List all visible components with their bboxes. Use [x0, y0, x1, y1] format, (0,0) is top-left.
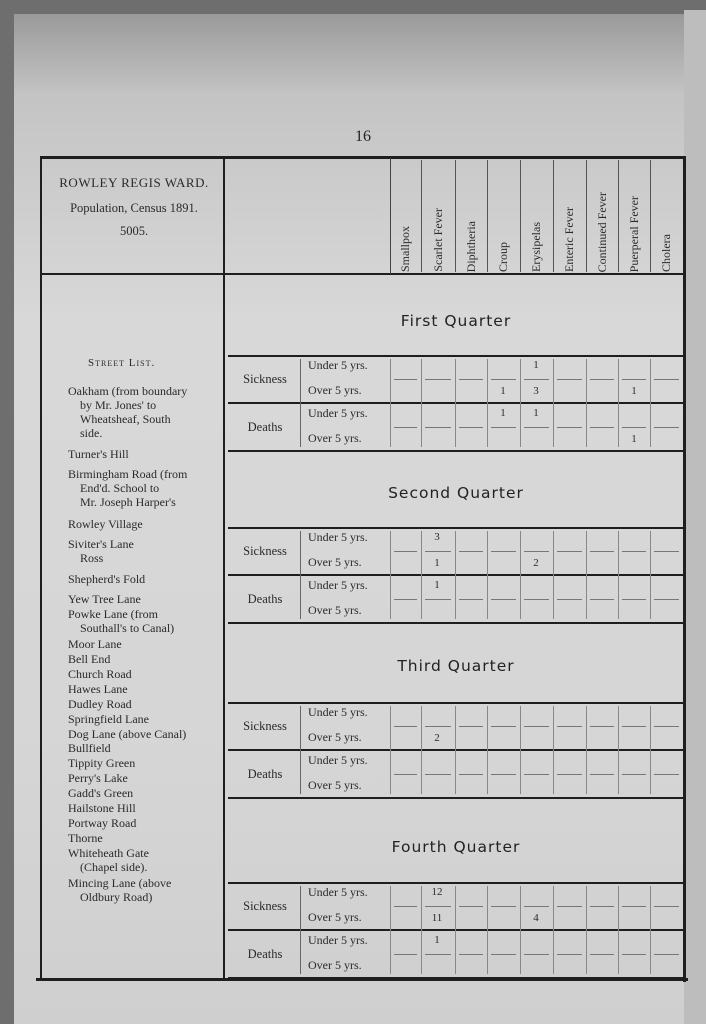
empty-dash — [394, 551, 417, 552]
empty-dash — [590, 954, 614, 955]
street-name: Gadd's Green — [68, 786, 133, 800]
empty-dash — [590, 379, 614, 380]
empty-dash — [654, 954, 679, 955]
empty-dash — [524, 427, 549, 428]
street-item: Whiteheath Gate(Chapel side). — [68, 846, 226, 874]
cell-sickness-over5: 1 — [422, 557, 452, 569]
empty-dash — [491, 427, 516, 428]
table-divider — [586, 706, 587, 794]
column-header-smallpox: Smallpox — [390, 160, 421, 272]
table-divider — [650, 359, 651, 447]
sickness-label: Sickness — [230, 544, 300, 559]
quarter-bottom-rule — [228, 977, 684, 979]
street-name: Dog Lane (above Canal) — [68, 727, 186, 741]
empty-dash — [394, 906, 417, 907]
empty-dash — [459, 954, 483, 955]
empty-dash — [622, 551, 646, 552]
empty-dash — [491, 906, 516, 907]
empty-dash — [557, 774, 582, 775]
sickness-deaths-rule — [228, 574, 684, 576]
empty-dash — [590, 774, 614, 775]
over-5-label: Over 5 yrs. — [308, 910, 362, 925]
table-divider — [300, 531, 301, 619]
table-divider — [618, 886, 619, 974]
empty-dash — [622, 427, 646, 428]
table-divider — [421, 359, 422, 447]
street-item: Yew Tree Lane — [68, 592, 226, 606]
empty-dash — [491, 379, 516, 380]
table-divider — [455, 359, 456, 447]
under-5-label: Under 5 yrs. — [308, 406, 368, 421]
quarter-top-rule — [228, 355, 684, 357]
quarter-top-rule — [228, 882, 684, 884]
column-header-label: Enteric Fever — [562, 201, 577, 272]
ward-title: ROWLEY REGIS WARD. — [44, 176, 224, 189]
ward-header: ROWLEY REGIS WARD. Population, Census 18… — [44, 160, 224, 275]
column-header-label: Scarlet Fever — [431, 202, 446, 272]
table-divider — [421, 706, 422, 794]
column-header-label: Puerperal Fever — [627, 190, 642, 272]
empty-dash — [622, 599, 646, 600]
street-name-continuation: Southall's to Canal) — [68, 621, 226, 635]
column-header-divider — [455, 160, 456, 272]
table-divider — [421, 531, 422, 619]
empty-dash — [622, 726, 646, 727]
empty-dash — [524, 954, 549, 955]
column-header-label: Cholera — [659, 228, 674, 272]
empty-dash — [394, 599, 417, 600]
street-name-continuation: Mr. Joseph Harper's — [68, 495, 226, 509]
street-name: Springfield Lane — [68, 712, 149, 726]
empty-dash — [459, 551, 483, 552]
cell-sickness-over5: 2 — [422, 732, 452, 744]
street-item: Mincing Lane (aboveOldbury Road) — [68, 876, 226, 904]
cell-deaths-over5: 1 — [619, 433, 649, 445]
quarter-bottom-rule — [228, 622, 684, 624]
street-item: Turner's Hill — [68, 447, 226, 461]
empty-dash — [524, 774, 549, 775]
under-5-label: Under 5 yrs. — [308, 885, 368, 900]
empty-dash — [491, 599, 516, 600]
empty-dash — [524, 551, 549, 552]
street-list-title: Street List. — [88, 357, 155, 369]
left-border — [40, 156, 42, 980]
cell-sickness-under5: 1 — [521, 359, 551, 371]
cell-sickness-over5: 3 — [521, 385, 551, 397]
empty-dash — [425, 906, 451, 907]
street-item: Siviter's LaneRoss — [68, 537, 226, 565]
table-divider — [520, 359, 521, 447]
over-5-label: Over 5 yrs. — [308, 958, 362, 973]
empty-dash — [425, 599, 451, 600]
under-5-label: Under 5 yrs. — [308, 933, 368, 948]
empty-dash — [459, 599, 483, 600]
empty-dash — [425, 726, 451, 727]
street-item: Rowley Village — [68, 517, 226, 531]
table-divider — [300, 886, 301, 974]
empty-dash — [459, 906, 483, 907]
street-item: Dudley Road — [68, 697, 226, 711]
table-divider — [390, 706, 391, 794]
table-divider — [390, 531, 391, 619]
empty-dash — [590, 551, 614, 552]
table-divider — [586, 359, 587, 447]
street-name: Shepherd's Fold — [68, 572, 145, 586]
street-name: Portway Road — [68, 816, 136, 830]
street-item: Tippity Green — [68, 756, 226, 770]
cell-sickness-over5: 2 — [521, 557, 551, 569]
street-name-continuation: Ross — [68, 551, 226, 565]
street-item: Thorne — [68, 831, 226, 845]
street-name: Church Road — [68, 667, 132, 681]
street-name: Thorne — [68, 831, 103, 845]
column-header-divider — [487, 160, 488, 272]
street-name: Yew Tree Lane — [68, 592, 141, 606]
empty-dash — [524, 726, 549, 727]
empty-dash — [459, 379, 483, 380]
empty-dash — [425, 427, 451, 428]
empty-dash — [459, 726, 483, 727]
table-divider — [390, 886, 391, 974]
empty-dash — [654, 774, 679, 775]
population-value: 5005. — [44, 224, 224, 239]
empty-dash — [394, 954, 417, 955]
table-divider — [650, 706, 651, 794]
street-item: Bullfield — [68, 741, 226, 755]
street-name: Tippity Green — [68, 756, 135, 770]
column-header-puerperal-fever: Puerperal Fever — [618, 160, 650, 272]
column-header-label: Diphtheria — [464, 215, 479, 272]
quarter-bottom-rule — [228, 797, 684, 799]
column-header-cholera: Cholera — [650, 160, 683, 272]
street-name: Whiteheath Gate — [68, 846, 149, 860]
empty-dash — [557, 551, 582, 552]
empty-dash — [654, 906, 679, 907]
street-item: Birmingham Road (fromEnd'd. School toMr.… — [68, 467, 226, 509]
column-header-label: Smallpox — [398, 220, 413, 272]
column-header-divider — [421, 160, 422, 272]
cell-sickness-under5: 3 — [422, 531, 452, 543]
street-name: Rowley Village — [68, 517, 143, 531]
column-header-diphtheria: Diphtheria — [455, 160, 487, 272]
empty-dash — [459, 774, 483, 775]
empty-dash — [557, 954, 582, 955]
street-name: Mincing Lane (above — [68, 876, 171, 890]
street-item: Hawes Lane — [68, 682, 226, 696]
street-item: Gadd's Green — [68, 786, 226, 800]
population-label: Population, Census 1891. — [44, 201, 224, 216]
street-name: Oakham (from boundary — [68, 384, 187, 398]
empty-dash — [557, 726, 582, 727]
empty-dash — [425, 551, 451, 552]
empty-dash — [491, 551, 516, 552]
street-name: Bullfield — [68, 741, 111, 755]
quarter-top-rule — [228, 527, 684, 529]
empty-dash — [459, 427, 483, 428]
under-5-label: Under 5 yrs. — [308, 358, 368, 373]
over-5-label: Over 5 yrs. — [308, 383, 362, 398]
quarter-top-rule — [228, 702, 684, 704]
empty-dash — [425, 379, 451, 380]
table-divider — [520, 531, 521, 619]
cell-sickness-over5: 1 — [619, 385, 649, 397]
sickness-deaths-rule — [228, 402, 684, 404]
street-name: Perry's Lake — [68, 771, 128, 785]
table-divider — [586, 531, 587, 619]
table-divider — [650, 886, 651, 974]
empty-dash — [557, 427, 582, 428]
empty-dash — [654, 551, 679, 552]
over-5-label: Over 5 yrs. — [308, 431, 362, 446]
street-item: Perry's Lake — [68, 771, 226, 785]
table-divider — [390, 359, 391, 447]
empty-dash — [557, 379, 582, 380]
cell-deaths-under5: 1 — [488, 407, 518, 419]
empty-dash — [394, 774, 417, 775]
sickness-deaths-rule — [228, 929, 684, 931]
street-name-continuation: End'd. School to — [68, 481, 226, 495]
empty-dash — [590, 599, 614, 600]
over-5-label: Over 5 yrs. — [308, 730, 362, 745]
table-divider — [618, 531, 619, 619]
under-5-label: Under 5 yrs. — [308, 753, 368, 768]
column-header-divider — [618, 160, 619, 272]
under-5-label: Under 5 yrs. — [308, 578, 368, 593]
street-item: Hailstone Hill — [68, 801, 226, 815]
empty-dash — [491, 774, 516, 775]
table-divider — [520, 706, 521, 794]
top-rule — [40, 156, 686, 159]
street-name: Turner's Hill — [68, 447, 129, 461]
quarter-bottom-rule — [228, 450, 684, 452]
street-item: Dog Lane (above Canal) — [68, 727, 226, 741]
column-header-croup: Croup — [487, 160, 520, 272]
street-name: Dudley Road — [68, 697, 132, 711]
empty-dash — [394, 379, 417, 380]
street-name: Powke Lane (from — [68, 607, 158, 621]
right-border — [683, 156, 686, 982]
quarter-title: Second Quarter — [228, 484, 684, 502]
empty-dash — [654, 726, 679, 727]
table-divider — [300, 359, 301, 447]
empty-dash — [654, 427, 679, 428]
cell-sickness-over5: 1 — [488, 385, 518, 397]
empty-dash — [425, 954, 451, 955]
under-5-label: Under 5 yrs. — [308, 530, 368, 545]
column-header-label: Continued Fever — [595, 186, 610, 272]
column-header-erysipelas: Erysipelas — [520, 160, 553, 272]
empty-dash — [394, 427, 417, 428]
empty-dash — [590, 726, 614, 727]
table-divider — [618, 706, 619, 794]
street-item: Powke Lane (fromSouthall's to Canal) — [68, 607, 226, 635]
table-divider — [553, 706, 554, 794]
deaths-label: Deaths — [230, 592, 300, 607]
empty-dash — [524, 599, 549, 600]
sickness-label: Sickness — [230, 719, 300, 734]
table-divider — [487, 531, 488, 619]
column-header-continued-fever: Continued Fever — [586, 160, 618, 272]
empty-dash — [524, 379, 549, 380]
street-name-continuation: (Chapel side). — [68, 860, 226, 874]
empty-dash — [654, 379, 679, 380]
column-header-divider — [586, 160, 587, 272]
cell-sickness-over5: 4 — [521, 912, 551, 924]
street-name-continuation: Wheatsheaf, South — [68, 412, 226, 426]
empty-dash — [524, 906, 549, 907]
quarter-title: First Quarter — [228, 312, 684, 330]
empty-dash — [622, 379, 646, 380]
sickness-deaths-rule — [228, 749, 684, 751]
page-edge — [684, 10, 706, 1024]
deaths-label: Deaths — [230, 947, 300, 962]
street-name: Hailstone Hill — [68, 801, 136, 815]
table-divider — [586, 886, 587, 974]
street-item: Oakham (from boundaryby Mr. Jones' toWhe… — [68, 384, 226, 440]
column-header-divider — [520, 160, 521, 272]
empty-dash — [425, 774, 451, 775]
table-divider — [650, 531, 651, 619]
column-header-divider — [553, 160, 554, 272]
street-name: Moor Lane — [68, 637, 122, 651]
deaths-label: Deaths — [230, 767, 300, 782]
table-divider — [520, 886, 521, 974]
column-header-scarlet-fever: Scarlet Fever — [421, 160, 455, 272]
under-5-label: Under 5 yrs. — [308, 705, 368, 720]
table-divider — [487, 886, 488, 974]
street-name-continuation: Oldbury Road) — [68, 890, 226, 904]
quarter-title: Fourth Quarter — [228, 838, 684, 856]
empty-dash — [654, 599, 679, 600]
table-divider — [455, 531, 456, 619]
over-5-label: Over 5 yrs. — [308, 778, 362, 793]
over-5-label: Over 5 yrs. — [308, 603, 362, 618]
table-divider — [553, 886, 554, 974]
empty-dash — [590, 906, 614, 907]
street-name: Hawes Lane — [68, 682, 128, 696]
street-name: Birmingham Road (from — [68, 467, 187, 481]
empty-dash — [622, 774, 646, 775]
street-item: Portway Road — [68, 816, 226, 830]
empty-dash — [557, 599, 582, 600]
table-divider — [553, 531, 554, 619]
over-5-label: Over 5 yrs. — [308, 555, 362, 570]
empty-dash — [590, 427, 614, 428]
street-name: Siviter's Lane — [68, 537, 134, 551]
cell-sickness-over5: 11 — [422, 912, 452, 924]
sickness-label: Sickness — [230, 899, 300, 914]
column-header-label: Erysipelas — [529, 216, 544, 272]
sickness-label: Sickness — [230, 372, 300, 387]
cell-deaths-under5: 1 — [422, 579, 452, 591]
empty-dash — [622, 954, 646, 955]
cell-sickness-under5: 12 — [422, 886, 452, 898]
street-item: Church Road — [68, 667, 226, 681]
table-divider — [487, 359, 488, 447]
empty-dash — [622, 906, 646, 907]
street-item: Bell End — [68, 652, 226, 666]
table-divider — [300, 706, 301, 794]
column-header-divider — [650, 160, 651, 272]
column-header-label: Croup — [496, 236, 511, 272]
table-divider — [421, 886, 422, 974]
empty-dash — [557, 906, 582, 907]
cell-deaths-under5: 1 — [521, 407, 551, 419]
table-divider — [455, 886, 456, 974]
street-item: Springfield Lane — [68, 712, 226, 726]
table-divider — [553, 359, 554, 447]
empty-dash — [491, 726, 516, 727]
deaths-label: Deaths — [230, 420, 300, 435]
street-name: Bell End — [68, 652, 110, 666]
table-divider — [455, 706, 456, 794]
street-item: Moor Lane — [68, 637, 226, 651]
page-number: 16 — [355, 128, 371, 146]
empty-dash — [491, 954, 516, 955]
cell-deaths-under5: 1 — [422, 934, 452, 946]
table-divider — [487, 706, 488, 794]
empty-dash — [394, 726, 417, 727]
quarter-title: Third Quarter — [228, 657, 684, 675]
street-name-continuation: side. — [68, 426, 226, 440]
column-header-enteric-fever: Enteric Fever — [553, 160, 586, 272]
street-item: Shepherd's Fold — [68, 572, 226, 586]
street-name-continuation: by Mr. Jones' to — [68, 398, 226, 412]
